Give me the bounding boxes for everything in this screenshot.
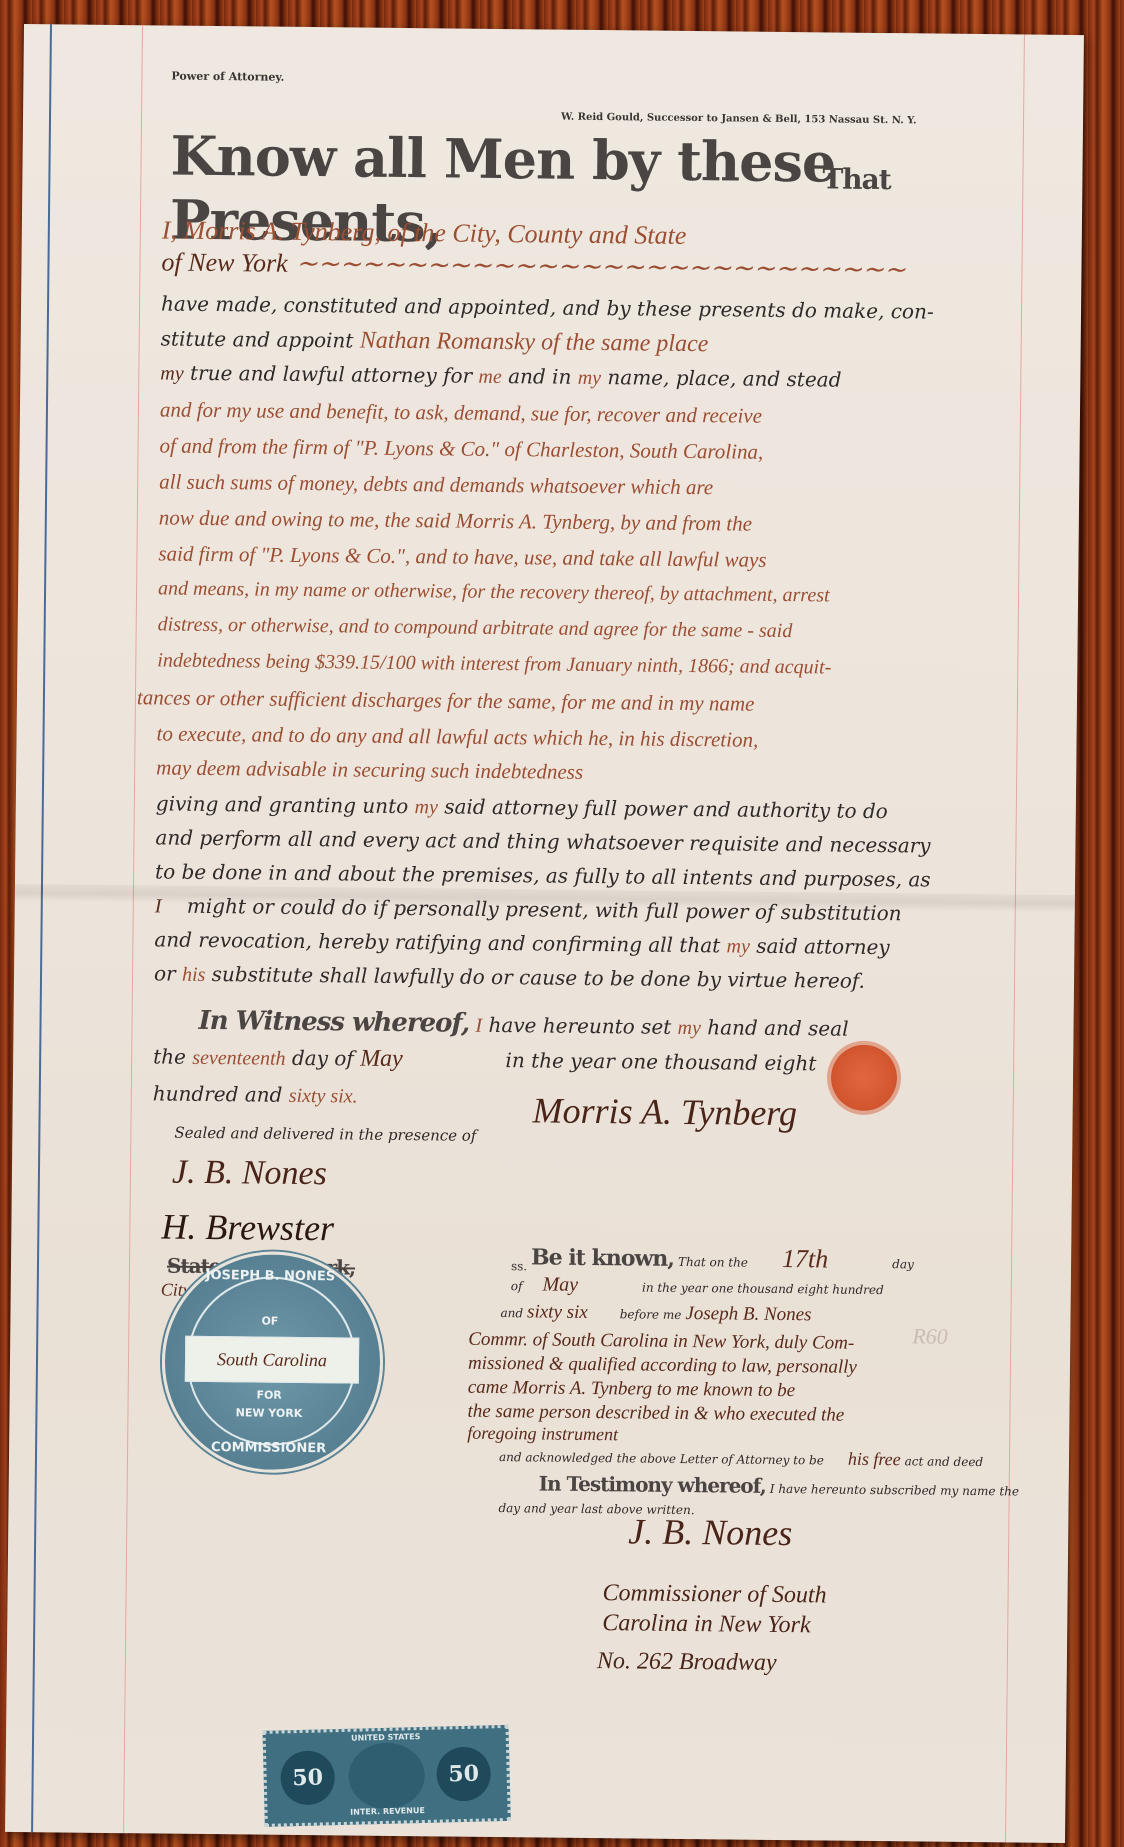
printed-clause: said attorney full power and authority t… <box>444 794 888 823</box>
seal-of-label: OF <box>162 1314 377 1329</box>
acknowledgment-day: 17th <box>782 1244 829 1273</box>
printed-clause: in the year one thousand eight <box>505 1048 816 1075</box>
printed-clause: have hereunto set <box>488 1013 671 1039</box>
notary-signature: J. B. Nones <box>628 1510 792 1554</box>
grantor-name: I, Morris A. Tynberg, of the City, Count… <box>162 215 687 249</box>
printed-clause: I have hereunto subscribed my name the <box>770 1482 1019 1499</box>
margin-rule-blue <box>31 24 52 1832</box>
printed-clause: or <box>154 961 176 985</box>
wax-seal <box>831 1045 898 1112</box>
seal-for-label: FOR <box>162 1388 377 1403</box>
handwritten-clause: of and from the firm of "P. Lyons & Co."… <box>159 433 1019 467</box>
seal-ring-text-bottom: COMMISSIONER <box>161 1440 376 1457</box>
notary-title-line: Carolina in New York <box>602 1610 811 1639</box>
headline-that: That <box>822 162 891 196</box>
acknowledgment-month: May <box>542 1273 578 1295</box>
seal-ring-text-top: JOSEPH B. NONES <box>163 1268 378 1285</box>
notary-address: No. 262 Broadway <box>597 1648 777 1677</box>
printed-clause: before me <box>620 1307 682 1322</box>
revenue-stamp: UNITED STATES 50 50 INTER. REVENUE <box>263 1725 511 1827</box>
grantor-residence: of New York <box>161 247 287 277</box>
stamp-bottom-label: INTER. REVENUE <box>267 1804 507 1819</box>
handwritten-clause: and for my use and benefit, to ask, dema… <box>160 397 1020 431</box>
acknowledgment-hand-line: Commr. of South Carolina in New York, du… <box>468 1329 854 1355</box>
handwritten-clause: and means, in my name or otherwise, for … <box>158 577 1018 609</box>
handwritten-clause: said firm of "P. Lyons & Co.", and to ha… <box>158 541 1018 575</box>
printed-clause: day of <box>292 1046 354 1071</box>
printed-clause: and in <box>508 364 571 389</box>
power-of-attorney-document: Power of Attorney. W. Reid Gould, Succes… <box>5 24 1084 1843</box>
pencil-note: R60 <box>912 1323 948 1349</box>
handwritten-fill: me <box>478 366 502 388</box>
handwritten-fill: his free <box>848 1449 901 1470</box>
form-title: Power of Attorney. <box>171 70 284 84</box>
acknowledgment-hand-line: foregoing instrument <box>467 1423 618 1446</box>
sealed-delivered-label: Sealed and delivered in the presence of <box>174 1124 476 1145</box>
printed-clause: hundred and <box>153 1081 283 1106</box>
printed-clause: giving and granting unto <box>156 791 409 818</box>
handwritten-clause: to execute, and to do any and all lawful… <box>156 721 1016 755</box>
signing-year: sixty six. <box>289 1085 358 1108</box>
seal-state-name: South Carolina <box>186 1337 358 1383</box>
handwritten-clause: may deem advisable in securing such inde… <box>156 755 1016 789</box>
printed-clause: That on the <box>678 1255 748 1270</box>
notary-title-line: Commissioner of South <box>602 1580 826 1609</box>
stamp-value-right: 50 <box>436 1746 491 1801</box>
printed-clause: the <box>153 1044 186 1068</box>
witness-signature-2: H. Brewster <box>161 1206 334 1250</box>
handwritten-clause: all such sums of money, debts and demand… <box>159 469 1019 503</box>
printed-clause: of <box>511 1279 523 1293</box>
printed-clause: name, place, and stead <box>607 365 841 391</box>
handwritten-fill: my <box>414 796 438 818</box>
witness-heading: In Witness whereof, <box>198 1006 469 1039</box>
printed-clause: in the year one thousand eight hundred <box>642 1281 884 1298</box>
seal-new-york-label: NEW YORK <box>161 1406 376 1421</box>
handwritten-fill: my <box>578 367 602 389</box>
handwritten-fill: his <box>182 964 206 986</box>
seal-band: South Carolina <box>185 1336 359 1384</box>
ss-label: ss. <box>511 1259 527 1273</box>
principal-signature: Morris A. Tynberg <box>532 1089 797 1134</box>
acknowledgment-hand-line: came Morris A. Tynberg to me known to be <box>468 1377 796 1402</box>
handwritten-fill: my <box>160 362 184 384</box>
handwritten-clause: now due and owing to me, the said Morris… <box>159 505 1019 539</box>
attorney-name: Nathan Romansky of the same place <box>360 328 709 358</box>
printed-clause: hand and seal <box>707 1015 848 1040</box>
printed-clause: true and lawful attorney for <box>190 361 472 388</box>
printed-clause: said attorney <box>756 934 890 959</box>
printed-clause: have made, constituted and appointed, an… <box>161 291 934 323</box>
handwritten-fill: I <box>155 895 162 917</box>
printed-clause: and acknowledged the above Letter of Att… <box>499 1450 824 1467</box>
witness-signature-1: J. B. Nones <box>172 1154 327 1194</box>
printer-imprint: W. Reid Gould, Successor to Jansen & Bel… <box>561 112 917 127</box>
printed-clause: and perform all and every act and thing … <box>155 825 930 857</box>
handwritten-fill: my <box>678 1017 702 1039</box>
stamp-portrait <box>348 1742 426 1810</box>
commissioner-seal: JOSEPH B. NONES OF South Carolina FOR NE… <box>161 1251 384 1474</box>
handwritten-clause: distress, or otherwise, and to compound … <box>158 613 1018 645</box>
testimony-heading: In Testimony whereof, <box>539 1471 766 1497</box>
stamp-value-left: 50 <box>280 1750 335 1805</box>
be-it-known-heading: Be it known, <box>531 1244 674 1271</box>
printed-clause: and <box>500 1306 523 1320</box>
debt-amount-clause: indebtedness being $339.15/100 with inte… <box>157 649 1017 681</box>
printed-clause: and revocation, hereby ratifying and con… <box>154 927 720 957</box>
printed-clause: act and deed <box>905 1454 984 1469</box>
handwritten-clause: tances or other sufficient discharges fo… <box>137 685 997 719</box>
signing-day: seventeenth <box>192 1047 286 1070</box>
signing-month: May <box>360 1046 403 1072</box>
acknowledgment-year: sixty six <box>527 1301 588 1323</box>
acknowledgment-hand-line: missioned & qualified according to law, … <box>468 1353 857 1379</box>
printed-clause: stitute and appoint <box>161 326 354 352</box>
printed-clause: day <box>892 1257 914 1271</box>
fill-flourish: ∼∼∼∼∼∼∼∼∼∼∼∼∼∼∼∼∼∼∼∼∼∼∼∼∼∼∼∼ <box>296 249 906 284</box>
officer-name: Joseph B. Nones <box>685 1303 811 1325</box>
handwritten-fill: I <box>475 1015 482 1037</box>
handwritten-fill: my <box>726 935 750 957</box>
printed-clause: substitute shall lawfully do or cause to… <box>212 962 865 993</box>
margin-rule-red-left <box>123 25 143 1833</box>
